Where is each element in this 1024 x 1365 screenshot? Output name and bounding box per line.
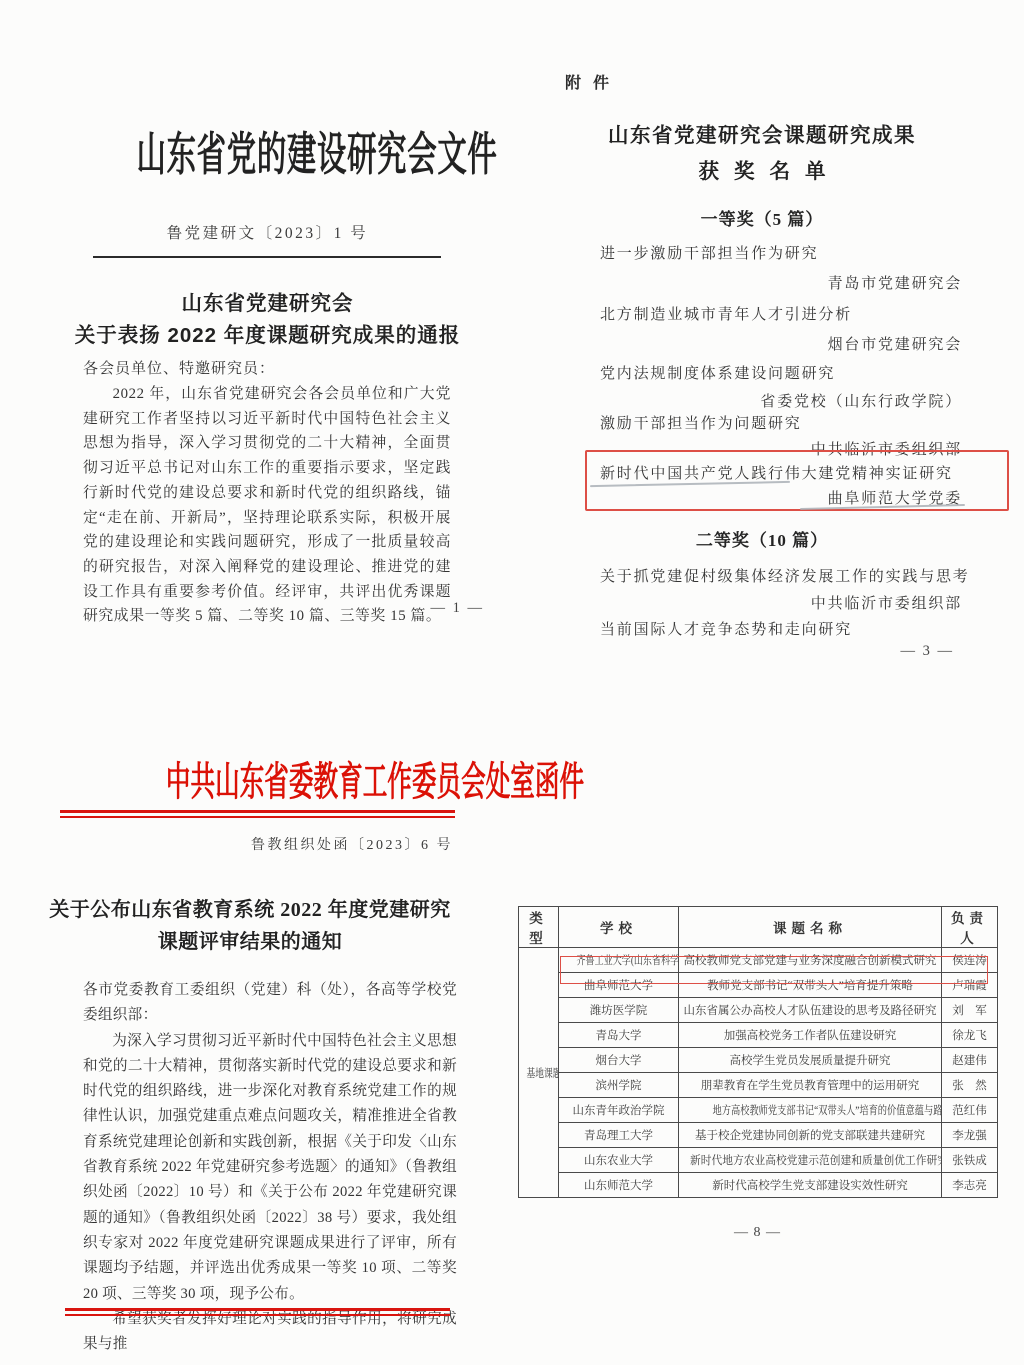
red-highlight-box-table-row [560,956,988,984]
school-cell: 青岛理工大学 [559,1123,679,1148]
table-row: 烟台大学 高校学生党员发展质量提升研究 赵建伟 [519,1048,998,1073]
type-label: 基地课题 [527,1065,559,1081]
school-cell: 烟台大学 [559,1048,679,1073]
leader-cell: 徐龙飞 [942,1023,998,1048]
doc2-title-line2: 获奖名单 [512,154,1012,184]
doc2-page-number: — 3 — [901,643,955,660]
results-table: 类型 学校 课题名称 负责人 基地课题 齐鲁工业大学(山东省科学院) 高校教师党… [518,906,998,1198]
award-project: 关于抓党建促村级集体经济发展工作的实践与思考 [600,565,970,586]
project-cell: 新时代高校学生党支部建设实效性研究 [679,1173,942,1198]
doc3-org-title-text: 中共山东省委教育工作委员会处室函件 [166,758,584,806]
doc2-attachment-label: 附件 [565,70,621,93]
table-header-row: 类型 学校 课题名称 负责人 [519,907,998,948]
leader-cell: 张铁成 [942,1148,998,1173]
school-cell: 滨州学院 [559,1073,679,1098]
leader-cell: 范红伟 [942,1098,998,1123]
red-footer-rule-top [65,1308,450,1311]
project-cell: 山东省属公办高校人才队伍建设的思考及路径研究 [679,998,942,1023]
project-cell: 基于校企党建协同创新的党支部联建共建研究 [679,1123,942,1148]
doc3-title-line1: 关于公布山东省教育系统 2022 年度党建研究 [35,893,465,922]
leader-cell: 刘 军 [942,998,998,1023]
header-type: 类型 [519,907,559,948]
project-cell: 新时代地方农业高校党建示范创建和质量创优工作研究 [679,1148,942,1173]
table-row: 潍坊医学院 山东省属公办高校人才队伍建设的思考及路径研究 刘 军 [519,998,998,1023]
award-project: 北方制造业城市青年人才引进分析 [600,303,852,324]
doc3-document-number: 鲁教组织处函〔2023〕6 号 [251,834,453,854]
doc1-org-title: 山东省党的建设研究会文件 [35,126,500,184]
award-org: 青岛市党建研究会 [828,272,962,293]
award-project: 当前国际人才竞争态势和走向研究 [600,618,852,639]
type-cell: 基地课题 [519,948,559,1198]
award-org: 中共临沂市委组织部 [811,592,962,613]
document-page-notice-1: 山东省党的建设研究会文件 鲁党建研文〔2023〕1 号 山东省党建研究会 关于表… [35,0,500,690]
doc1-heading-line1: 山东省党建研究会 [35,286,500,316]
leader-cell: 赵建伟 [942,1048,998,1073]
document-page-red-header-letter: 中共山东省委教育工作委员会处室函件 鲁教组织处函〔2023〕6 号 关于公布山东… [35,750,465,1365]
doc1-document-number: 鲁党建研文〔2023〕1 号 [35,221,500,243]
table-row: 青岛理工大学 基于校企党建协同创新的党支部联建共建研究 李龙强 [519,1123,998,1148]
table-row: 山东农业大学 新时代地方农业高校党建示范创建和质量创优工作研究 张铁成 [519,1148,998,1173]
header-school: 学校 [559,907,679,948]
leader-cell: 张 然 [942,1073,998,1098]
award-project: 激励干部担当作为问题研究 [600,412,802,433]
award-org: 烟台市党建研究会 [828,333,962,354]
project-cell: 加强高校党务工作者队伍建设研究 [679,1023,942,1048]
doc1-salutation: 各会员单位、特邀研究员： [83,357,275,378]
table-row: 青岛大学 加强高校党务工作者队伍建设研究 徐龙飞 [519,1023,998,1048]
red-footer-rule-bottom [65,1314,450,1316]
table-row: 山东青年政治学院 地方高校教师党支部书记“双带头人”培育的价值意蕴与路径初探 范… [519,1098,998,1123]
award-project: 党内法规制度体系建设问题研究 [600,362,835,383]
doc4-page-number: — 8 — [518,1225,997,1241]
doc2-second-prize-heading: 二等奖（10 篇） [512,526,1012,551]
school-cell: 山东师范大学 [559,1173,679,1198]
school-cell: 青岛大学 [559,1023,679,1048]
doc1-page-number: — 1 — [431,600,485,617]
red-double-rule-top [60,810,455,813]
doc3-salutation: 各市党委教育工委组织（党建）科（处），各高等学校党委组织部： [83,978,457,1029]
leader-cell: 李志亮 [942,1173,998,1198]
table-row: 山东师范大学 新时代高校学生党支部建设实效性研究 李志亮 [519,1173,998,1198]
doc1-heading-line2: 关于表扬 2022 年度课题研究成果的通报 [35,318,500,348]
school-cell: 山东青年政治学院 [559,1098,679,1123]
red-double-rule-bottom [60,816,455,818]
doc3-org-title-red: 中共山东省委教育工作委员会处室函件 [35,758,465,806]
doc2-title-line1: 山东省党建研究会课题研究成果 [512,118,1012,148]
award-project: 进一步激励干部担当作为研究 [600,242,818,263]
document-page-results-table: 类型 学校 课题名称 负责人 基地课题 齐鲁工业大学(山东省科学院) 高校教师党… [512,895,1024,1255]
header-leader: 负责人 [942,907,998,948]
project-cell: 高校学生党员发展质量提升研究 [679,1048,942,1073]
award-org: 省委党校（山东行政学院） [760,390,962,411]
doc1-separator-rule [93,256,441,258]
school-cell: 山东农业大学 [559,1148,679,1173]
project-cell: 地方高校教师党支部书记“双带头人”培育的价值意蕴与路径初探 [679,1098,942,1123]
doc3-paragraph-1: 为深入学习贯彻习近平新时代中国特色社会主义思想和党的二十大精神，贯彻落实新时代党… [83,1029,457,1307]
scanned-documents-collage: { "doc1": { "org_title": "山东省党的建设研究会文件",… [0,0,1024,1365]
doc1-org-title-text: 山东省党的建设研究会文件 [137,126,498,184]
header-project: 课题名称 [679,907,942,948]
school-cell: 潍坊医学院 [559,998,679,1023]
doc2-first-prize-heading: 一等奖（5 篇） [512,205,1012,230]
doc3-title-line2: 课题评审结果的通知 [35,925,465,954]
document-page-award-list: 附件 山东省党建研究会课题研究成果 获奖名单 一等奖（5 篇） 进一步激励干部担… [512,60,1012,690]
doc1-body-paragraph: 2022 年，山东省党建研究会各会员单位和广大党建研究工作者坚持以习近平新时代中… [83,382,451,629]
red-highlight-box [585,450,1009,511]
doc3-body: 各市党委教育工委组织（党建）科（处），各高等学校党委组织部： 为深入学习贯彻习近… [83,978,457,1357]
leader-cell: 李龙强 [942,1123,998,1148]
table-row: 滨州学院 朋辈教育在学生党员教育管理中的运用研究 张 然 [519,1073,998,1098]
project-cell: 朋辈教育在学生党员教育管理中的运用研究 [679,1073,942,1098]
